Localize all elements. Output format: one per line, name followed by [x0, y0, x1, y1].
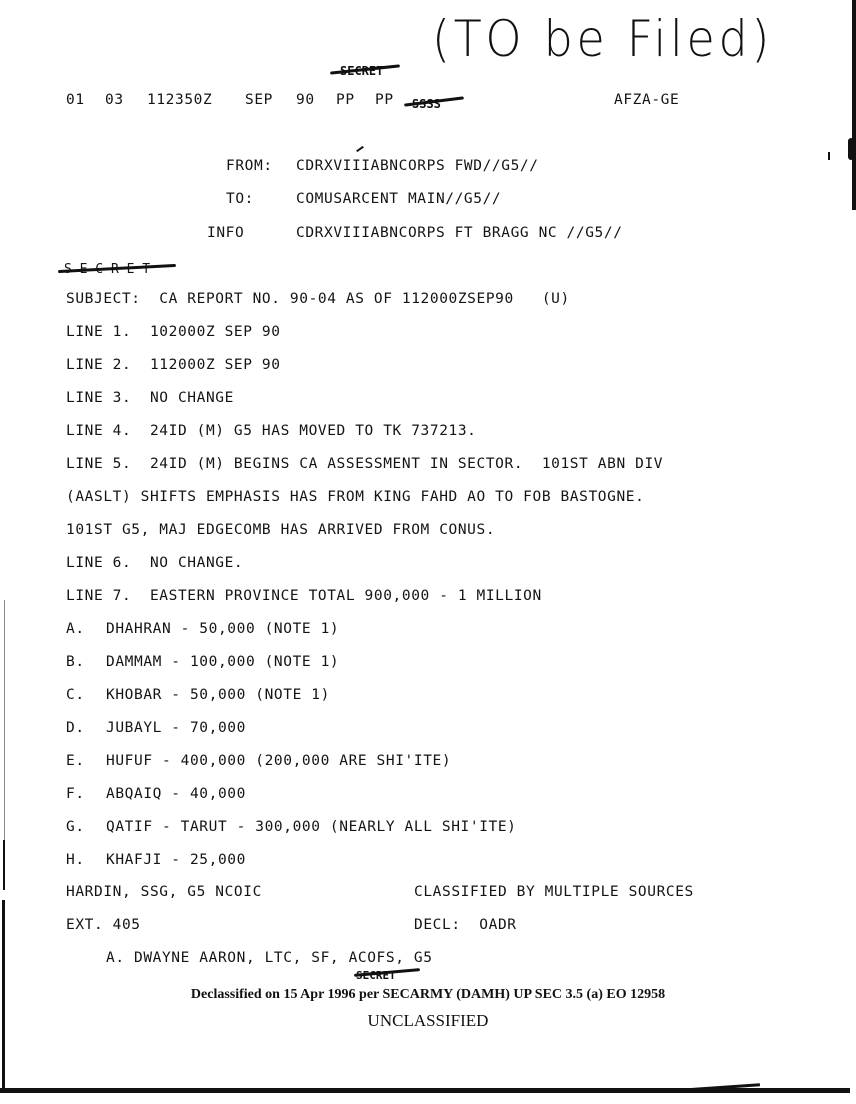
- report-line-5: LINE 5. 24ID (M) BEGINS CA ASSESSMENT IN…: [66, 455, 663, 473]
- report-line-6: LINE 6. NO CHANGE.: [66, 554, 243, 572]
- scan-speck: [828, 152, 830, 160]
- item-letter: G.: [66, 818, 85, 836]
- item-letter: H.: [66, 851, 85, 869]
- item-text: JUBAYL - 70,000: [106, 719, 246, 737]
- header-field-month: SEP: [245, 91, 273, 109]
- info-value: CDRXVIIIABNCORPS FT BRAGG NC //G5//: [296, 224, 623, 242]
- info-label: INFO: [207, 224, 244, 242]
- item-letter: F.: [66, 785, 85, 803]
- report-line-7: LINE 7. EASTERN PROVINCE TOTAL 900,000 -…: [66, 587, 542, 605]
- item-letter: A.: [66, 620, 85, 638]
- handwritten-note: (TO be Filed): [432, 10, 773, 68]
- header-field-dtg: 112350Z: [147, 91, 212, 109]
- classification-marking: UNCLASSIFIED: [0, 1011, 856, 1031]
- report-line-1: LINE 1. 102000Z SEP 90: [66, 323, 281, 341]
- scan-speck: [356, 146, 364, 152]
- classification-marking-struck: SECRET: [340, 60, 383, 79]
- report-line-5-cont: (AASLT) SHIFTS EMPHASIS HAS FROM KING FA…: [66, 488, 644, 506]
- item-text: HUFUF - 400,000 (200,000 ARE SHI'ITE): [106, 752, 451, 770]
- item-text: KHAFJI - 25,000: [106, 851, 246, 869]
- classification-marking-struck: SECRET: [356, 964, 396, 983]
- item-letter: E.: [66, 752, 85, 770]
- extension: EXT. 405: [66, 916, 141, 934]
- scan-edge-left: [4, 600, 5, 840]
- header-field-struck: SSSS: [412, 93, 441, 112]
- classified-by: CLASSIFIED BY MULTIPLE SOURCES: [414, 883, 694, 901]
- report-line-2: LINE 2. 112000Z SEP 90: [66, 356, 281, 374]
- to-value: COMUSARCENT MAIN//G5//: [296, 190, 501, 208]
- header-field: 03: [105, 91, 124, 109]
- from-value: CDRXVIIIABNCORPS FWD//G5//: [296, 157, 539, 175]
- header-field-year: 90: [296, 91, 315, 109]
- item-text: DAMMAM - 100,000 (NOTE 1): [106, 653, 339, 671]
- header-field-precedence: PP: [375, 91, 394, 109]
- report-line-4: LINE 4. 24ID (M) G5 HAS MOVED TO TK 7372…: [66, 422, 477, 440]
- item-text: DHAHRAN - 50,000 (NOTE 1): [106, 620, 339, 638]
- scan-edge-right: [852, 0, 856, 210]
- report-line-3: LINE 3. NO CHANGE: [66, 389, 234, 407]
- subject-line: SUBJECT: CA REPORT NO. 90-04 AS OF 11200…: [66, 290, 570, 308]
- item-text: QATIF - TARUT - 300,000 (NEARLY ALL SHI'…: [106, 818, 517, 836]
- item-text: ABQAIQ - 40,000: [106, 785, 246, 803]
- point-of-contact: HARDIN, SSG, G5 NCOIC: [66, 883, 262, 901]
- item-letter: D.: [66, 719, 85, 737]
- item-letter: B.: [66, 653, 85, 671]
- header-field: 01: [66, 91, 85, 109]
- to-label: TO:: [226, 190, 254, 208]
- item-text: KHOBAR - 50,000 (NOTE 1): [106, 686, 330, 704]
- scan-edge-left: [3, 840, 5, 890]
- scan-artifact: [848, 138, 854, 160]
- office-symbol: AFZA-GE: [614, 91, 679, 109]
- classification-marking-struck: S E C R E T: [64, 258, 150, 279]
- declassify-on: DECL: OADR: [414, 916, 517, 934]
- item-letter: C.: [66, 686, 85, 704]
- from-label: FROM:: [226, 157, 273, 175]
- declassification-stamp: Declassified on 15 Apr 1996 per SECARMY …: [0, 987, 856, 1003]
- report-line-5-cont: 101ST G5, MAJ EDGECOMB HAS ARRIVED FROM …: [66, 521, 495, 539]
- header-field-precedence: PP: [336, 91, 355, 109]
